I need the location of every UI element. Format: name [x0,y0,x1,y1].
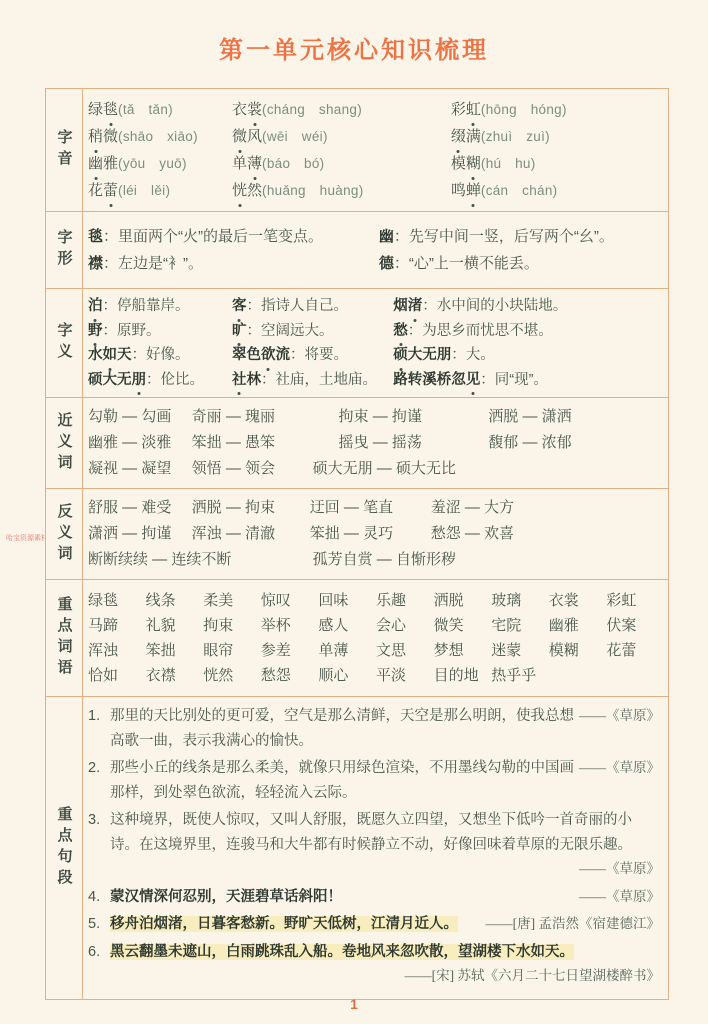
word-text: 鸣蝉 [451,182,481,199]
keyword: 恍然 [203,663,261,688]
term: 水如天 [88,347,132,363]
section-label: 字义 [54,322,75,364]
sentence-text: 蒙汉情深何忍别，天涯碧草话斜阳！ [110,889,342,905]
item-number: 1. [88,704,110,753]
ziyi-item: 泊：停船靠岸。 [88,294,232,319]
fanyici-list: 舒服 — 难受 洒脱 — 拘束 迂回 — 笔直 羞涩 — 大方 潇洒 — 拘谨 … [83,489,668,579]
term: 翠色欲流 [232,347,290,363]
definition: ：为思乡而忧思不堪。 [408,323,553,339]
keyword: 感人 [318,613,376,638]
antonym-pair: 浑浊 — 清澈 [192,521,310,547]
keyword: 愁怨 [261,663,319,688]
antonym-pair: 笨拙 — 灵巧 [310,521,431,547]
antonym-pair: 潇洒 — 拘谨 [88,521,192,547]
source-citation: ——《草原》 [579,885,660,910]
section-ziyi: 字义 泊：停船靠岸。 客：指诗人自己。 烟渚：水中间的小块陆地。 野：原野。 旷… [46,289,668,398]
pair-row: 幽雅 — 淡雅 笨拙 — 愚笨 摇曳 — 摇荡 馥郁 — 浓郁 [88,430,664,456]
section-label-cell: 近义词 [46,398,83,488]
ziyi-item: 硕大无朋：大。 [393,343,664,368]
keyword: 乐趣 [376,588,434,613]
keyword: 浑浊 [88,638,146,663]
definition: ：社庙，土地庙。 [261,372,377,388]
definition: ：指诗人自己。 [247,298,349,314]
synonym-pair: 奇丽 — 瑰丽 [192,404,339,430]
source-citation: ——[宋] 苏轼《六月二十七日望湖楼醉书》 [405,968,660,983]
section-zhongdian-ciyu: 重点词语 绿毯 线条 柔美 惊叹 回味 乐趣 洒脱 玻璃 衣裳 彩虹 马蹄 礼貌… [46,580,668,697]
word-text: 模糊 [451,155,481,172]
antonym-pair: 孤芳自赏 — 自惭形秽 [313,547,664,573]
definition: ：空阔远大。 [247,323,334,339]
pinyin-entry: 缀满(zhuì zuì) [451,123,664,150]
keyword: 举杯 [261,613,319,638]
keyword: 顺心 [318,663,376,688]
antonym-pair: 洒脱 — 拘束 [192,495,310,521]
ziyin-grid: 绿毯(tǎ tǎn) 衣裳(cháng shang) 彩虹(hōng hóng)… [83,89,668,211]
ziyi-grid: 泊：停船靠岸。 客：指诗人自己。 烟渚：水中间的小块陆地。 野：原野。 旷：空阔… [83,289,668,397]
pinyin-entry: 花蕾(léi lěi) [88,177,232,204]
pinyin-options: (hōng hóng) [481,102,567,117]
ziyi-item: 路转溪桥忽见：同“现”。 [393,368,664,393]
character: 德 [379,255,394,272]
term: 路转溪桥忽见 [393,372,480,388]
sentence-body: ——[唐] 孟浩然《宿建德江》 移舟泊烟渚，日暮客愁新。野旷天低树，江清月近人。 [110,912,660,937]
item-number: 5. [88,912,110,937]
definition: ：停船靠岸。 [103,298,190,314]
pinyin-options: (cán chán) [481,183,558,198]
keyword: 马蹄 [88,613,146,638]
sentence-body: ——《草原》 那些小丘的线条是那么柔美，就像只用绿色渲染，不用墨线勾勒的中国画那… [110,756,660,805]
section-zixing: 字形 毯：里面两个“火”的最后一笔变点。 幽：先写中间一竖，后写两个“幺”。 襟… [46,212,668,289]
sentence-body: ——《草原》 蒙汉情深何忍别，天涯碧草话斜阳！ [110,885,660,910]
ziyi-item: 社林：社庙，土地庙。 [232,368,393,393]
keyword: 单薄 [318,638,376,663]
section-label-cell: 重点词语 [46,580,83,696]
definition: ：大。 [451,347,495,363]
antonym-pair: 迂回 — 笔直 [310,495,431,521]
synonym-pair: 凝视 — 凝望 [88,456,192,482]
knowledge-table: 字音 绿毯(tǎ tǎn) 衣裳(cháng shang) 彩虹(hōng hó… [45,88,669,1000]
item-number: 6. [88,940,110,989]
keyword: 恰如 [88,663,146,688]
page-title: 第一单元核心知识梳理 [0,0,708,65]
zixing-item: 襟：左边是“衤”。 [88,250,379,277]
source-citation: ——《草原》 [579,756,660,781]
sentence-item: 3. 这种境界，既使人惊叹，又叫人舒服，既愿久立四望，又想坐下低吟一首奇丽的小诗… [88,808,660,882]
keyword: 柔美 [203,588,261,613]
pinyin-options: (cháng shang) [262,102,362,117]
keyword: 参差 [261,638,319,663]
word-text: 幽雅 [88,155,118,172]
definition: ：将要。 [290,347,348,363]
synonym-pair: 领悟 — 领会 [192,456,313,482]
pinyin-options: (hú hu) [481,156,536,171]
keyword-grid: 绿毯 线条 柔美 惊叹 回味 乐趣 洒脱 玻璃 衣裳 彩虹 马蹄 礼貌 拘束 举… [83,580,668,696]
character: 襟 [88,255,103,272]
keyword: 微笑 [434,613,492,638]
pinyin-options: (huǎng huàng) [262,183,363,198]
pair-row: 断断续续 — 连续不断 孤芳自赏 — 自惭形秽 [88,547,664,573]
term: 旷 [232,323,247,339]
ziyi-item: 烟渚：水中间的小块陆地。 [393,294,664,319]
section-label-cell: 重点句段 [46,697,83,999]
keyword: 线条 [146,588,204,613]
sentence-body: ——《草原》 那里的天比别处的更可爱，空气是那么清鲜，天空是那么明朗，使我总想高… [110,704,660,753]
term: 愁 [393,323,408,339]
keyword: 笨拙 [146,638,204,663]
synonym-pair: 笨拙 — 愚笨 [192,430,339,456]
definition: ：原野。 [103,323,161,339]
synonym-pair: 洒脱 — 潇洒 [488,404,664,430]
keyword: 会心 [376,613,434,638]
zixing-item: 幽：先写中间一竖，后写两个“幺”。 [379,223,664,250]
definition: ：同“现”。 [480,372,548,388]
section-label: 重点句段 [54,806,75,890]
sentence-text: 那些小丘的线条是那么柔美，就像只用绿色渲染，不用墨线勾勒的中国画那样，到处翠色欲… [110,760,574,801]
character: 毯 [88,228,103,245]
keyword: 花蕾 [606,638,664,663]
definition: ：好像。 [132,347,190,363]
source-citation: ——《草原》 [579,861,660,876]
word-text: 绿毯 [88,101,118,118]
section-label-cell: 字形 [46,212,83,288]
section-label-cell: 字音 [46,89,83,211]
keyword: 迷蒙 [491,638,549,663]
keyword: 彩虹 [606,588,664,613]
sentence-text-highlighted: 移舟泊烟渚，日暮客愁新。野旷天低树，江清月近人。 [110,916,458,932]
pinyin-options: (shāo xiāo) [118,129,198,144]
word-text: 缀满 [451,128,481,145]
synonym-pair: 勾勒 — 勾画 [88,404,192,430]
pinyin-options: (yōu yuō) [118,156,187,171]
ziyi-item: 硕大无朋：伦比。 [88,368,232,393]
sentence-body: 黑云翻墨未遮山，白雨跳珠乱入船。卷地风来忽吹散，望湖楼下水如天。 ——[宋] 苏… [110,940,660,989]
zixing-item: 德：“心”上一横不能丢。 [379,250,664,277]
jinyici-list: 勾勒 — 勾画 奇丽 — 瑰丽 拘束 — 拘谨 洒脱 — 潇洒 幽雅 — 淡雅 … [83,398,668,488]
ziyi-item: 客：指诗人自己。 [232,294,393,319]
zixing-grid: 毯：里面两个“火”的最后一笔变点。 幽：先写中间一竖，后写两个“幺”。 襟：左边… [83,212,668,288]
item-number: 3. [88,808,110,882]
pinyin-options: (wēi wéi) [262,129,328,144]
pinyin-entry: 彩虹(hōng hóng) [451,96,664,123]
keyword: 衣裳 [549,588,607,613]
ziyi-item: 翠色欲流：将要。 [232,343,393,368]
term: 泊 [88,298,103,314]
sentence-text-highlighted: 黑云翻墨未遮山，白雨跳珠乱入船。卷地风来忽吹散，望湖楼下水如天。 [110,944,574,960]
pair-row: 潇洒 — 拘谨 浑浊 — 清澈 笨拙 — 灵巧 愁怨 — 欢喜 [88,521,664,547]
note: ：里面两个“火”的最后一笔变点。 [103,228,323,245]
pair-row: 舒服 — 难受 洒脱 — 拘束 迂回 — 笔直 羞涩 — 大方 [88,495,664,521]
source-line: ——[宋] 苏轼《六月二十七日望湖楼醉书》 [110,964,660,989]
antonym-pair: 羞涩 — 大方 [431,495,664,521]
item-number: 4. [88,885,110,910]
keyword: 洒脱 [434,588,492,613]
synonym-pair: 拘束 — 拘谨 [339,404,489,430]
section-label: 近义词 [54,412,75,475]
section-label: 字形 [54,229,75,271]
pair-row: 凝视 — 凝望 领悟 — 领会 硕大无朋 — 硕大无比 [88,456,664,482]
section-zhongdian-juduan: 重点句段 1. ——《草原》 那里的天比别处的更可爱，空气是那么清鲜，天空是那么… [46,697,668,999]
term: 客 [232,298,247,314]
ziyi-item: 野：原野。 [88,319,232,344]
definition: ：伦比。 [146,372,204,388]
keyword: 伏案 [606,613,664,638]
word-text: 衣裳 [232,101,262,118]
source-citation: ——[唐] 孟浩然《宿建德江》 [486,912,660,937]
section-ziyin: 字音 绿毯(tǎ tǎn) 衣裳(cháng shang) 彩虹(hōng hó… [46,89,668,212]
antonym-pair: 断断续续 — 连续不断 [88,547,313,573]
ziyi-item: 旷：空阔远大。 [232,319,393,344]
note: ：“心”上一横不能丢。 [394,255,539,272]
keyword: 文思 [376,638,434,663]
sentence-item: 4. ——《草原》 蒙汉情深何忍别，天涯碧草话斜阳！ [88,885,660,910]
word-text: 稍微 [88,128,118,145]
keyword: 模糊 [549,638,607,663]
word-text: 恍然 [232,182,262,199]
ziyi-item: 水如天：好像。 [88,343,232,368]
source-citation: ——《草原》 [579,704,660,729]
keyword: 回味 [318,588,376,613]
note: ：左边是“衤”。 [103,255,203,272]
keyword: 惊叹 [261,588,319,613]
keyword: 平淡 [376,663,434,688]
synonym-pair: 幽雅 — 淡雅 [88,430,192,456]
section-label: 反义词 [54,503,75,566]
pinyin-entry: 衣裳(cháng shang) [232,96,451,123]
term: 硕大无朋 [393,347,451,363]
section-label-cell: 反义词 [46,489,83,579]
source-line: ——《草原》 [110,857,660,882]
item-number: 2. [88,756,110,805]
pinyin-entry: 稍微(shāo xiāo) [88,123,232,150]
sentence-item: 1. ——《草原》 那里的天比别处的更可爱，空气是那么清鲜，天空是那么明朗，使我… [88,704,660,753]
pinyin-entry: 幽雅(yōu yuō) [88,150,232,177]
pinyin-entry: 绿毯(tǎ tǎn) [88,96,232,123]
term: 社林 [232,372,261,388]
word-text: 花蕾 [88,182,118,199]
term: 烟渚 [393,298,422,314]
sentence-item: 5. ——[唐] 孟浩然《宿建德江》 移舟泊烟渚，日暮客愁新。野旷天低树，江清月… [88,912,660,937]
keyword: 衣襟 [146,663,204,688]
ziyi-item: 愁：为思乡而忧思不堪。 [393,319,664,344]
section-label: 重点词语 [54,596,75,680]
keyword: 拘束 [203,613,261,638]
keyword: 绿毯 [88,588,146,613]
word-text: 单薄 [232,155,262,172]
section-jinyici: 近义词 勾勒 — 勾画 奇丽 — 瑰丽 拘束 — 拘谨 洒脱 — 潇洒 幽雅 —… [46,398,668,489]
section-label: 字音 [54,129,75,171]
word-text: 微风 [232,128,262,145]
keyword: 热乎乎 [491,663,549,688]
pinyin-options: (tǎ tǎn) [118,102,173,117]
word-text: 彩虹 [451,101,481,118]
scanned-page: 第一单元核心知识梳理 哈宝资源素材站 字音 绿毯(tǎ tǎn) 衣裳(chán… [0,0,708,1024]
pinyin-entry: 微风(wēi wéi) [232,123,451,150]
sentence-item: 6. 黑云翻墨未遮山，白雨跳珠乱入船。卷地风来忽吹散，望湖楼下水如天。 ——[宋… [88,940,660,989]
zixing-item: 毯：里面两个“火”的最后一笔变点。 [88,223,379,250]
sentence-list: 1. ——《草原》 那里的天比别处的更可爱，空气是那么清鲜，天空是那么明朗，使我… [83,697,668,999]
pinyin-entry: 单薄(báo bó) [232,150,451,177]
section-label-cell: 字义 [46,289,83,397]
synonym-pair: 馥郁 — 浓郁 [488,430,664,456]
antonym-pair: 愁怨 — 欢喜 [431,521,664,547]
sentence-text: 那里的天比别处的更可爱，空气是那么清鲜，天空是那么明朗，使我总想高歌一曲，表示我… [110,708,574,749]
synonym-pair: 摇曳 — 摇荡 [339,430,489,456]
term: 野 [88,323,103,339]
pinyin-entry: 恍然(huǎng huàng) [232,177,451,204]
keyword: 玻璃 [491,588,549,613]
keyword: 目的地 [434,663,492,688]
pinyin-options: (zhuì zuì) [481,129,550,144]
character: 幽 [379,228,394,245]
pinyin-options: (léi lěi) [118,183,170,198]
keyword: 眼帘 [203,638,261,663]
definition: ：水中间的小块陆地。 [422,298,567,314]
sentence-text: 这种境界，既使人惊叹，又叫人舒服，既愿久立四望，又想坐下低吟一首奇丽的小诗。在这… [110,812,632,853]
pinyin-entry: 鸣蝉(cán chán) [451,177,664,204]
synonym-pair: 硕大无朋 — 硕大无比 [313,456,664,482]
pinyin-options: (báo bó) [262,156,324,171]
antonym-pair: 舒服 — 难受 [88,495,192,521]
keyword: 幽雅 [549,613,607,638]
section-fanyici: 反义词 舒服 — 难受 洒脱 — 拘束 迂回 — 笔直 羞涩 — 大方 潇洒 —… [46,489,668,580]
keyword: 礼貌 [146,613,204,638]
sentence-item: 2. ——《草原》 那些小丘的线条是那么柔美，就像只用绿色渲染，不用墨线勾勒的中… [88,756,660,805]
note: ：先写中间一竖，后写两个“幺”。 [394,228,614,245]
keyword: 宅院 [491,613,549,638]
pair-row: 勾勒 — 勾画 奇丽 — 瑰丽 拘束 — 拘谨 洒脱 — 潇洒 [88,404,664,430]
pinyin-entry: 模糊(hú hu) [451,150,664,177]
keyword: 梦想 [434,638,492,663]
page-number: 1 [0,996,708,1012]
term: 硕大无朋 [88,372,146,388]
sentence-body: 这种境界，既使人惊叹，又叫人舒服，既愿久立四望，又想坐下低吟一首奇丽的小诗。在这… [110,808,660,882]
